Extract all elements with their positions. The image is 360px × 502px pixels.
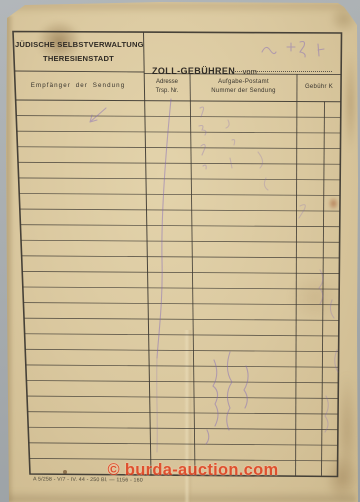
handwriting-mark [262,43,295,54]
column-header-recipient-label: Empfänger der Sendung [16,82,140,91]
column-header-post-office: Aufgabe-Postamt Nummer der Sendung [191,78,296,95]
handwriting-mark [90,108,106,122]
handwriting-mark [300,42,324,58]
left-edge-shading [6,16,14,502]
bottom-edge-shading [8,490,356,502]
organization-city: THERESIENSTADT [15,52,142,66]
handwriting-mark [199,107,206,169]
handwriting-mark [157,99,171,358]
column-header-fee: Gebühr K [297,83,341,92]
column-header-post-office-line2: Nummer der Sendung [191,87,296,96]
stain-right-lower [338,375,356,485]
column-header-post-office-line1: Aufgabe-Postamt [191,78,296,87]
stain-center-right [290,275,340,320]
stain-right-mid [328,197,339,210]
column-header-address: Adresse Trsp. Nr. [144,78,190,95]
organization-name: JÜDISCHE SELBSTVERWALTUNG [15,38,142,52]
watermark: © burda-auction.com [58,461,328,480]
stain-bottom-right [326,455,358,501]
form-title: ZOLL-GEBÜHREN [152,66,235,76]
handwriting-mark [258,152,305,218]
organization-header: JÜDISCHE SELBSTVERWALTUNG THERESIENSTADT [15,38,142,65]
stain-top-right-corner [330,6,358,32]
handwriting-mark [319,270,338,432]
column-header-address-line2: Trsp. Nr. [144,87,190,96]
date-dotted-line [232,62,332,72]
scan-background: JÜDISCHE SELBSTVERWALTUNG THERESIENSTADT… [0,0,360,502]
handwriting-mark [206,352,248,444]
column-header-address-line1: Adresse [144,78,190,87]
paper-sheet: JÜDISCHE SELBSTVERWALTUNG THERESIENSTADT… [0,0,360,502]
column-header-recipient: Empfänger der Sendung [16,82,140,91]
stain-right-upper [344,55,357,150]
column-header-fee-label: Gebühr K [297,83,341,92]
top-edge-shading [8,3,358,14]
handwriting-mark [226,120,235,168]
handwriting-mark [157,358,158,452]
